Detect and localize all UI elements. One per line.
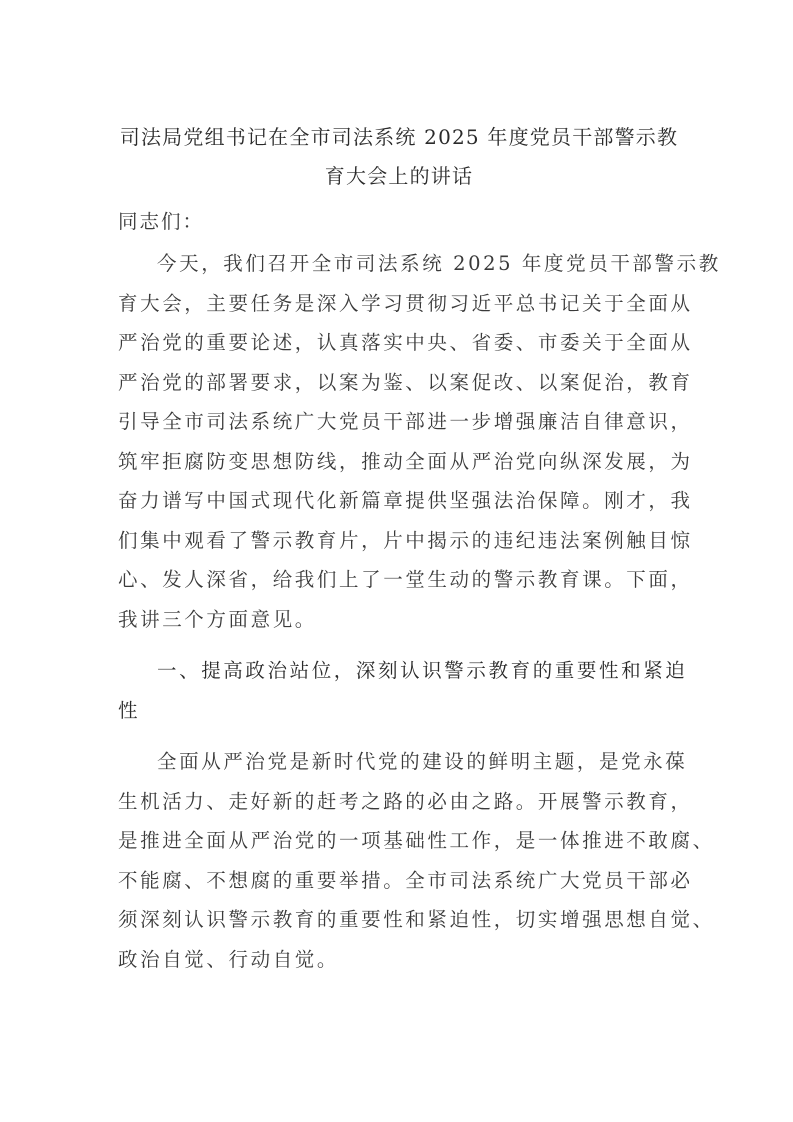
intro-paragraph: 今天，我们召开全市司法系统 2025 年度党员干部警示教 育大会，主要任务是深入… [118, 244, 680, 639]
document-title: 司法局党组书记在全市司法系统 2025 年度党员干部警示教 育大会上的讲话 [118, 118, 680, 196]
paragraph-line: 严治党的重要论述，认真落实中央、省委、市委关于全面从 [118, 323, 680, 363]
paragraph-line: 政治自觉、行动自觉。 [118, 940, 680, 980]
paragraph-line: 今天，我们召开全市司法系统 2025 年度党员干部警示教 [118, 244, 680, 284]
paragraph-line: 奋力谱写中国式现代化新篇章提供坚强法治保障。刚才，我 [118, 481, 680, 521]
paragraph-line: 是推进全面从严治党的一项基础性工作，是一体推进不敢腐、 [118, 821, 680, 861]
paragraph-line: 生机活力、走好新的赶考之路的必由之路。开展警示教育， [118, 782, 680, 822]
document-page: 司法局党组书记在全市司法系统 2025 年度党员干部警示教 育大会上的讲话 同志… [0, 0, 793, 1122]
paragraph-line: 我讲三个方面意见。 [118, 600, 680, 640]
paragraph-line: 心、发人深省，给我们上了一堂生动的警示教育课。下面， [118, 560, 680, 600]
document-body: 司法局党组书记在全市司法系统 2025 年度党员干部警示教 育大会上的讲话 同志… [118, 118, 680, 979]
title-line-1: 司法局党组书记在全市司法系统 2025 年度党员干部警示教 [118, 118, 680, 157]
paragraph-line: 育大会，主要任务是深入学习贯彻习近平总书记关于全面从 [118, 284, 680, 324]
paragraph-line: 严治党的部署要求，以案为鉴、以案促改、以案促治，教育 [118, 363, 680, 403]
section-1-paragraph: 全面从严治党是新时代党的建设的鲜明主题，是党永葆 生机活力、走好新的赶考之路的必… [118, 742, 680, 979]
paragraph-line: 筑牢拒腐防变思想防线，推动全面从严治党向纵深发展，为 [118, 442, 680, 482]
paragraph-line: 须深刻认识警示教育的重要性和紧迫性，切实增强思想自觉、 [118, 900, 680, 940]
paragraph-line: 们集中观看了警示教育片，片中揭示的违纪违法案例触目惊 [118, 521, 680, 561]
section-heading-1: 一、提高政治站位，深刻认识警示教育的重要性和紧迫 性 [118, 651, 680, 730]
paragraph-line: 不能腐、不想腐的重要举措。全市司法系统广大党员干部必 [118, 861, 680, 901]
paragraph-line: 引导全市司法系统广大党员干部进一步增强廉洁自律意识， [118, 402, 680, 442]
heading-line: 一、提高政治站位，深刻认识警示教育的重要性和紧迫 [118, 651, 680, 691]
title-line-2: 育大会上的讲话 [118, 157, 680, 196]
heading-line: 性 [118, 691, 680, 731]
salutation: 同志们： [118, 202, 680, 241]
paragraph-line: 全面从严治党是新时代党的建设的鲜明主题，是党永葆 [118, 742, 680, 782]
